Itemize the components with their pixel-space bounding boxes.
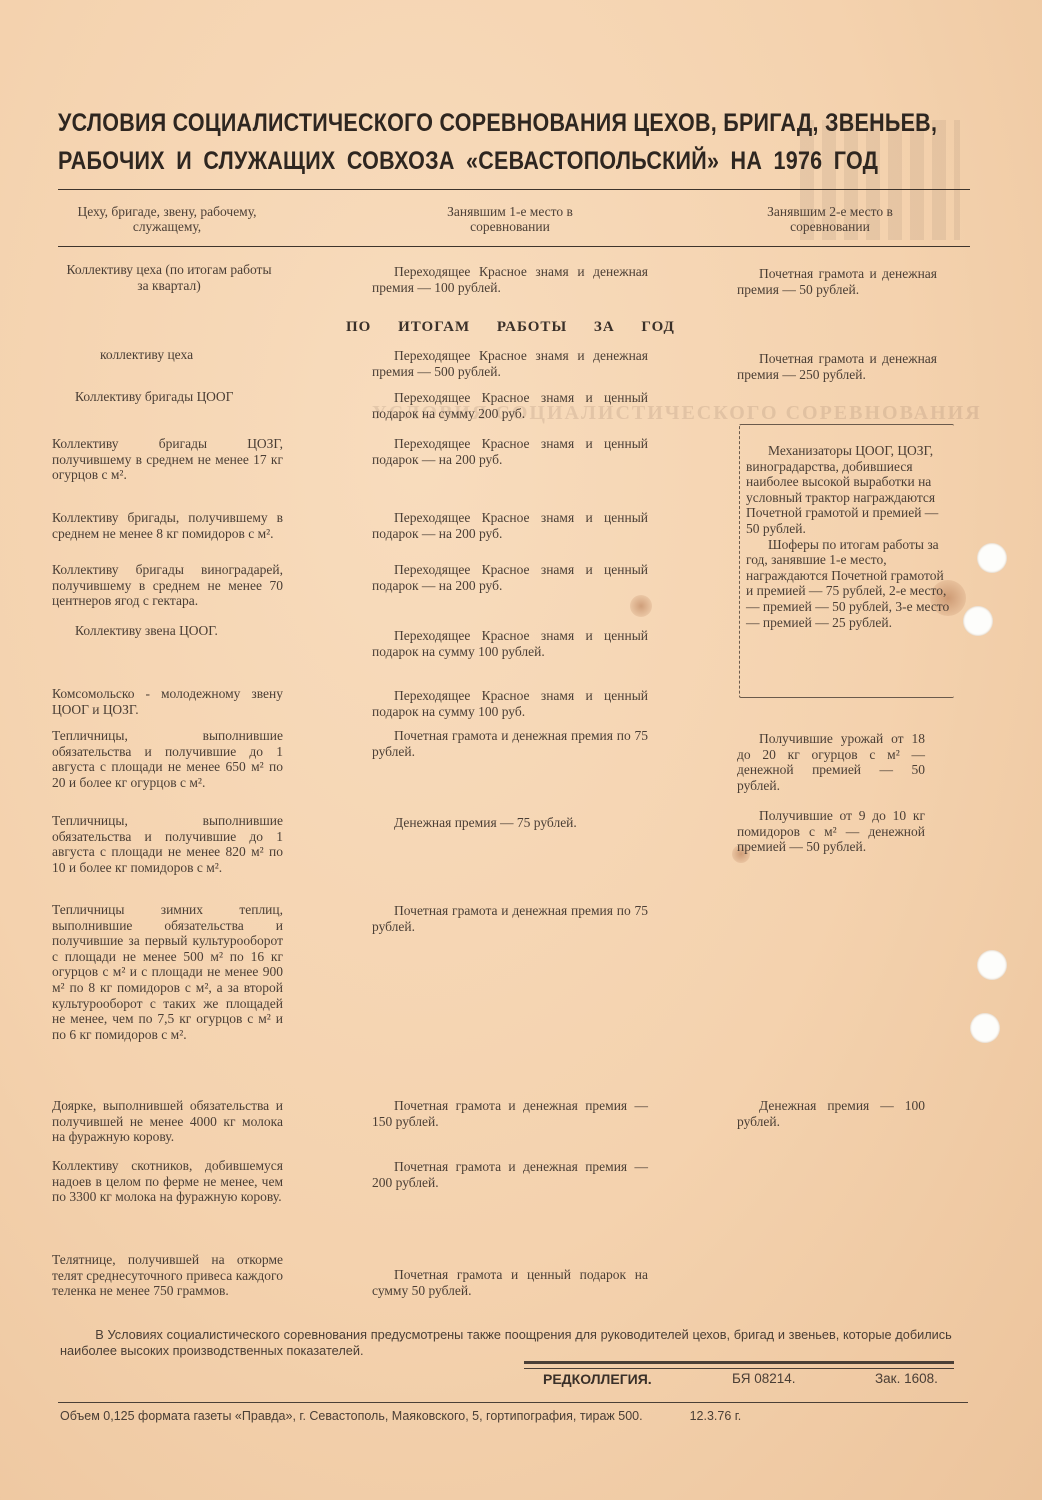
column-header-first-place: Занявшим 1-е место в соревновании bbox=[420, 204, 600, 234]
row-recipient: Тепличницы, выполнившие обязательства и … bbox=[52, 728, 283, 790]
row-first-place: Переходящее Красное знамя и ценный подар… bbox=[372, 628, 648, 659]
imprint-rule bbox=[58, 1402, 968, 1403]
row-first-place: Почетная грамота и денежная премия по 75… bbox=[372, 903, 648, 934]
row-recipient: Доярке, выполнившей обязательства и полу… bbox=[52, 1098, 283, 1145]
row-first-place: Переходящее Красное знамя и ценный подар… bbox=[372, 510, 648, 541]
row-second-place: Денежная премия — 100 рублей. bbox=[737, 1098, 925, 1129]
boxed-note-drivers: Шоферы по итогам работы за год, занявшие… bbox=[740, 537, 954, 631]
row-recipient: Комсомольско - молодежному звену ЦООГ и … bbox=[52, 686, 283, 717]
row-recipient: Коллективу бригады виноградарей, получив… bbox=[52, 562, 283, 609]
boxed-note-mechanics: Механизаторы ЦООГ, ЦОЗГ, виноградарства,… bbox=[740, 443, 954, 537]
row-second-place: Получившие от 9 до 10 кг помидоров с м² … bbox=[737, 808, 925, 855]
row-first-place: Почетная грамота и денежная премия — 150… bbox=[372, 1098, 648, 1129]
signature-double-rule bbox=[524, 1361, 954, 1369]
row-first-place: Переходящее Красное знамя и ценный подар… bbox=[372, 436, 648, 467]
closing-note: В Условиях социалистического соревновани… bbox=[60, 1327, 952, 1359]
punch-hole bbox=[970, 1013, 1000, 1043]
imprint-text: Объем 0,125 формата газеты «Правда», г. … bbox=[60, 1409, 643, 1423]
row-recipient: Коллективу скотников, добившемуся надоев… bbox=[52, 1158, 283, 1205]
punch-hole bbox=[963, 606, 993, 636]
row-first-place: Переходящее Красное знамя и ценный подар… bbox=[372, 390, 648, 421]
row-first-place: Переходящее Красное знамя и денежная пре… bbox=[372, 264, 648, 295]
punch-hole bbox=[977, 950, 1007, 980]
newspaper-page: УСЛОВИЯ СОЦИАЛИСТИЧЕСКОГО СОРЕВНОВАНИЯ У… bbox=[0, 0, 1042, 1500]
row-recipient: Коллективу бригады ЦООГ bbox=[75, 389, 283, 405]
row-recipient: Коллективу бригады, получившему в средне… bbox=[52, 510, 283, 541]
section-heading-year: ПО ИТОГАМ РАБОТЫ ЗА ГОД bbox=[346, 319, 688, 336]
row-recipient: Тепличницы, выполнившие обязательства и … bbox=[52, 813, 283, 875]
row-recipient: Коллективу звена ЦООГ. bbox=[75, 623, 283, 639]
title-line-2: РАБОЧИХ И СЛУЖАЩИХ СОВХОЗА «СЕВАСТОПОЛЬС… bbox=[58, 142, 849, 180]
row-first-place: Почетная грамота и денежная премия по 75… bbox=[372, 728, 648, 759]
stain bbox=[630, 595, 652, 617]
row-recipient: Тепличницы зимних теплиц, выполнившие об… bbox=[52, 902, 283, 1042]
order-number: Зак. 1608. bbox=[875, 1371, 938, 1386]
imprint-line: Объем 0,125 формата газеты «Правда», г. … bbox=[60, 1409, 960, 1423]
row-first-place: Переходящее Красное знамя и ценный подар… bbox=[372, 562, 648, 593]
header-bottom-rule bbox=[58, 246, 970, 247]
row-second-place: Почетная грамота и денежная премия — 50 … bbox=[737, 266, 937, 297]
row-recipient: коллективу цеха bbox=[100, 347, 308, 363]
punch-hole bbox=[977, 543, 1007, 573]
editorial-board: РЕДКОЛЛЕГИЯ. bbox=[543, 1371, 652, 1387]
header-top-rule bbox=[58, 189, 970, 190]
row-recipient: Коллективу бригады ЦОЗГ, получившему в с… bbox=[52, 436, 283, 483]
row-first-place: Почетная грамота и ценный подарок на сум… bbox=[372, 1267, 648, 1298]
title-line-1: УСЛОВИЯ СОЦИАЛИСТИЧЕСКОГО СОРЕВНОВАНИЯ Ц… bbox=[58, 104, 849, 142]
column-header-recipient: Цеху, бригаде, звену, рабочему, служащем… bbox=[64, 204, 270, 234]
print-date: 12.3.76 г. bbox=[690, 1409, 742, 1423]
row-second-place: Получившие урожай от 18 до 20 кг огурцов… bbox=[737, 731, 925, 793]
row-second-place: Почетная грамота и денежная премия — 250… bbox=[737, 351, 937, 382]
row-first-place: Переходящее Красное знамя и денежная пре… bbox=[372, 348, 648, 379]
row-first-place: Денежная премия — 75 рублей. bbox=[372, 815, 648, 831]
page-title: УСЛОВИЯ СОЦИАЛИСТИЧЕСКОГО СОРЕВНОВАНИЯ Ц… bbox=[58, 104, 849, 180]
boxed-note: Механизаторы ЦООГ, ЦОЗГ, виноградарства,… bbox=[739, 424, 954, 698]
publication-code: БЯ 08214. bbox=[732, 1371, 796, 1386]
row-first-place: Переходящее Красное знамя и ценный подар… bbox=[372, 688, 648, 719]
column-header-second-place: Занявшим 2-е место в соревновании bbox=[740, 204, 920, 234]
row-recipient: Коллективу цеха (по итогам работы за ква… bbox=[64, 262, 274, 293]
row-first-place: Почетная грамота и денежная премия — 200… bbox=[372, 1159, 648, 1190]
row-recipient: Телятнице, получившей на откорме телят с… bbox=[52, 1252, 283, 1299]
